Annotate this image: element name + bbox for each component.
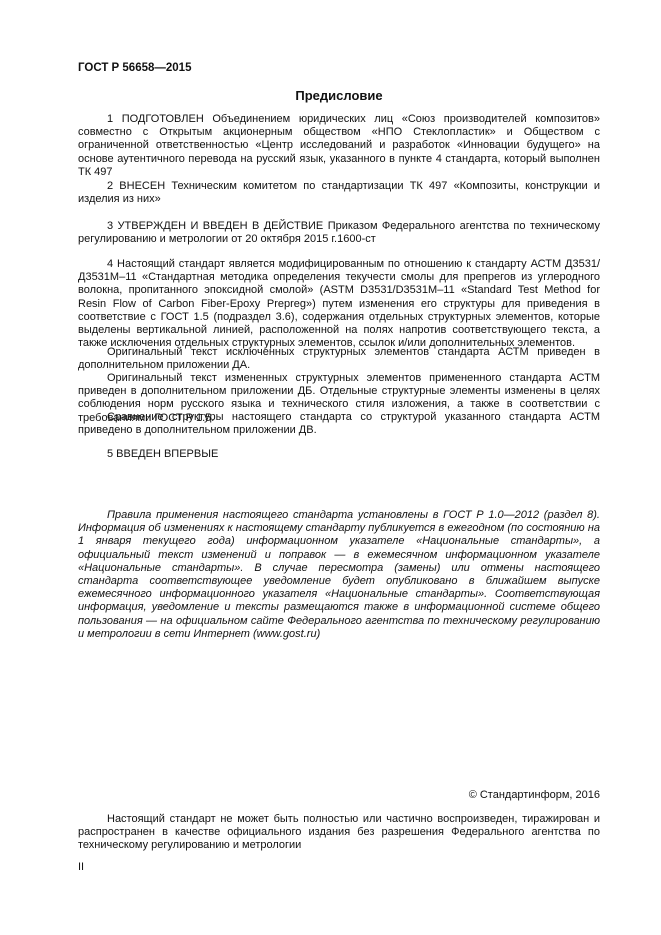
reproduction-notice: Настоящий стандарт не может быть полност… xyxy=(78,813,600,853)
application-rules-notice: Правила применения настоящего стандарта … xyxy=(78,509,600,641)
foreword-item-4-appendix-da: Оригинальный текст исключенных структурн… xyxy=(78,346,600,372)
foreword-item-4: 4 Настоящий стандарт является модифициро… xyxy=(78,258,600,350)
foreword-item-3: 3 УТВЕРЖДЕН И ВВЕДЕН В ДЕЙСТВИЕ Приказом… xyxy=(78,220,600,246)
foreword-item-1: 1 ПОДГОТОВЛЕН Объединением юридических л… xyxy=(78,113,600,179)
foreword-item-4-appendix-dv: Сравнение структуры настоящего стандарта… xyxy=(78,411,600,437)
document-id-header: ГОСТ Р 56658—2015 xyxy=(78,62,191,74)
section-title: Предисловие xyxy=(78,88,600,103)
copyright: © Стандартинформ, 2016 xyxy=(78,789,600,801)
foreword-item-2: 2 ВНЕСЕН Техническим комитетом по станда… xyxy=(78,180,600,206)
page-number: II xyxy=(78,861,84,873)
foreword-item-5: 5 ВВЕДЕН ВПЕРВЫЕ xyxy=(78,448,600,461)
